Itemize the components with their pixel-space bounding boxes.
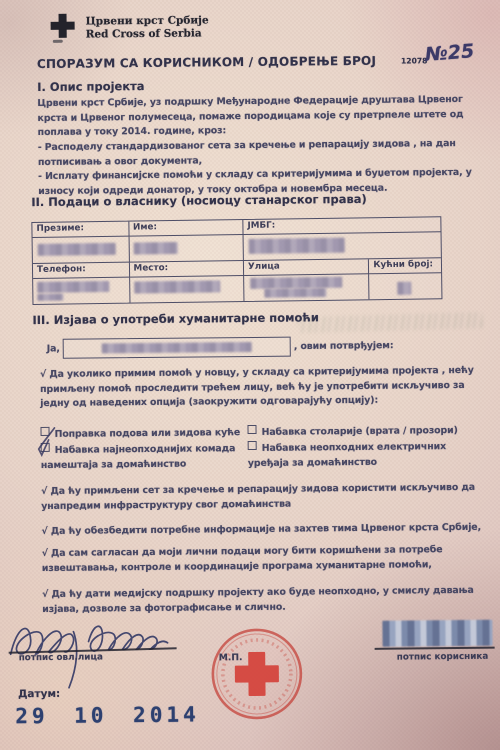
date-stamp-value: 29 10 2014	[15, 702, 200, 728]
redacted-housenumber	[398, 282, 412, 295]
declaration-tail: , овим потврђујем:	[294, 340, 394, 352]
redacted-phone-2	[37, 294, 63, 301]
declarant-name-box	[63, 337, 291, 359]
date-label: Датум:	[18, 688, 60, 700]
statement-4: √ Да сам сагласан да моји лични подаци м…	[42, 543, 487, 576]
field-label-phone: Телефон:	[33, 263, 130, 279]
statement-1: √ Да уколико примим помоћ у новцу, у скл…	[40, 364, 480, 412]
place-value-cell	[130, 276, 245, 303]
document-title: СПОРАЗУМ СА КОРИСНИКОМ / ОДОБРЕЊЕ БРОЈ	[37, 54, 376, 71]
logo-fine-print	[53, 40, 63, 43]
field-label-firstname: Име:	[129, 220, 244, 237]
right-signature-label: потпис корисника	[397, 652, 489, 663]
handwritten-checkmark	[32, 427, 62, 461]
field-label-housenumber: Кућни број:	[369, 258, 441, 274]
firstname-value-cell	[129, 235, 244, 263]
org-name-english: Red Cross of Serbia	[86, 27, 209, 41]
option-3: Набавка столарије (врата / прозори)	[247, 423, 467, 441]
owner-data-table: Презиме: Име: ЈМБГ: Телефон: Место: Улиц…	[31, 216, 442, 305]
surname-value-cell	[33, 237, 130, 264]
street-value-cell	[244, 274, 370, 301]
org-name-serbian: Црвени крст Србије	[86, 14, 209, 28]
org-name-block: Црвени крст Србије Red Cross of Serbia	[86, 14, 209, 40]
left-signature-label: потпис овл.лица	[19, 652, 103, 663]
redacted-firstname	[133, 242, 177, 255]
redacted-declarant-name	[102, 342, 252, 353]
section1-bullet1: - Расподелу стандардизованог сета за кре…	[38, 137, 466, 170]
redacted-street-2	[264, 288, 326, 298]
field-label-street: Улица	[244, 259, 370, 276]
red-cross-round-stamp	[208, 625, 305, 722]
table-value-row-2	[33, 273, 441, 304]
redacted-phone	[37, 281, 109, 293]
redacted-jmbg	[249, 238, 345, 254]
field-label-surname: Презиме:	[32, 222, 129, 238]
section2-heading: II. Подаци о власнику (носиоцу станарско…	[31, 192, 367, 209]
section1-heading: I. Опис пројекта	[37, 79, 144, 94]
option-2-label: Набавка најнеопходнијих комада намештаја…	[41, 443, 236, 470]
section3-heading: III. Изјава о употреби хуманитарне помоћ…	[32, 310, 319, 327]
declaration-line: Ја,, овим потврђујем:	[47, 335, 487, 359]
red-cross-logo-icon	[51, 14, 75, 38]
option-2: Набавка најнеопходнијих комада намештаја…	[41, 441, 236, 473]
jmbg-value-cell	[244, 232, 441, 261]
checkbox-icon	[247, 425, 256, 434]
checkbox-icon	[248, 441, 257, 450]
document-content: Црвени крст Србије Red Cross of Serbia С…	[0, 0, 500, 750]
section1-intro: Црвени крст Србије, уз подршку Међународ…	[37, 93, 465, 141]
handwritten-approval-number: №25	[424, 40, 475, 66]
statement-2: √ Да ћу примљени сет за кречење и репара…	[41, 481, 476, 514]
field-label-place: Место:	[129, 261, 244, 278]
faint-verso-handwriting	[297, 312, 482, 333]
declaration-lead: Ја,	[47, 343, 60, 354]
right-signature-line	[375, 647, 495, 650]
option-1: Поправка подова или зидова куће	[40, 425, 240, 443]
redacted-surname	[38, 243, 116, 256]
option-1-label: Поправка подова или зидова куће	[55, 427, 241, 440]
phone-value-cell	[33, 278, 130, 304]
redacted-beneficiary-signature	[382, 620, 492, 647]
option-4-label: Набавка неопходних електричних уређаја з…	[248, 441, 446, 468]
option-4: Набавка неопходних електричних уређаја з…	[248, 439, 458, 471]
printed-approval-number: 12078	[401, 56, 428, 65]
housenumber-value-cell	[369, 273, 441, 299]
option-3-label: Набавка столарије (врата / прозори)	[261, 425, 457, 438]
stamp-place-label: М.П.	[219, 652, 243, 663]
redacted-street	[250, 277, 342, 289]
redacted-place	[134, 280, 220, 293]
statement-3: √ Да ћу обезбедити потребне информације …	[41, 521, 481, 540]
cross-icon	[51, 14, 75, 38]
